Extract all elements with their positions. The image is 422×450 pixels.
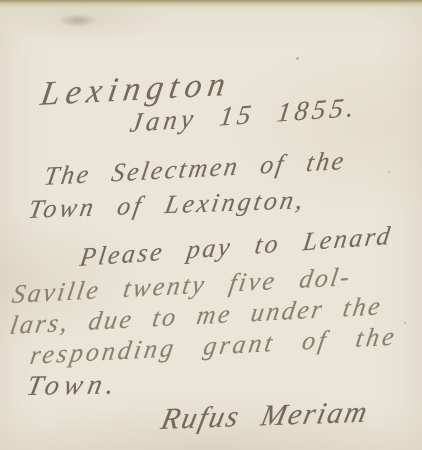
body-line-5: Town.: [24, 369, 122, 403]
paper-smudge: [58, 14, 98, 27]
paper-speck: [296, 57, 299, 60]
letter-scan: Lexington Jany 15 1855. The Selectmen of…: [0, 0, 422, 450]
signature-line: Rufus Meriam: [158, 396, 372, 437]
paper-top-edge: [0, 0, 422, 8]
paper-speck: [388, 171, 390, 173]
paper-speck: [404, 322, 406, 324]
salutation-line-2: Town of Lexington,: [26, 185, 308, 225]
